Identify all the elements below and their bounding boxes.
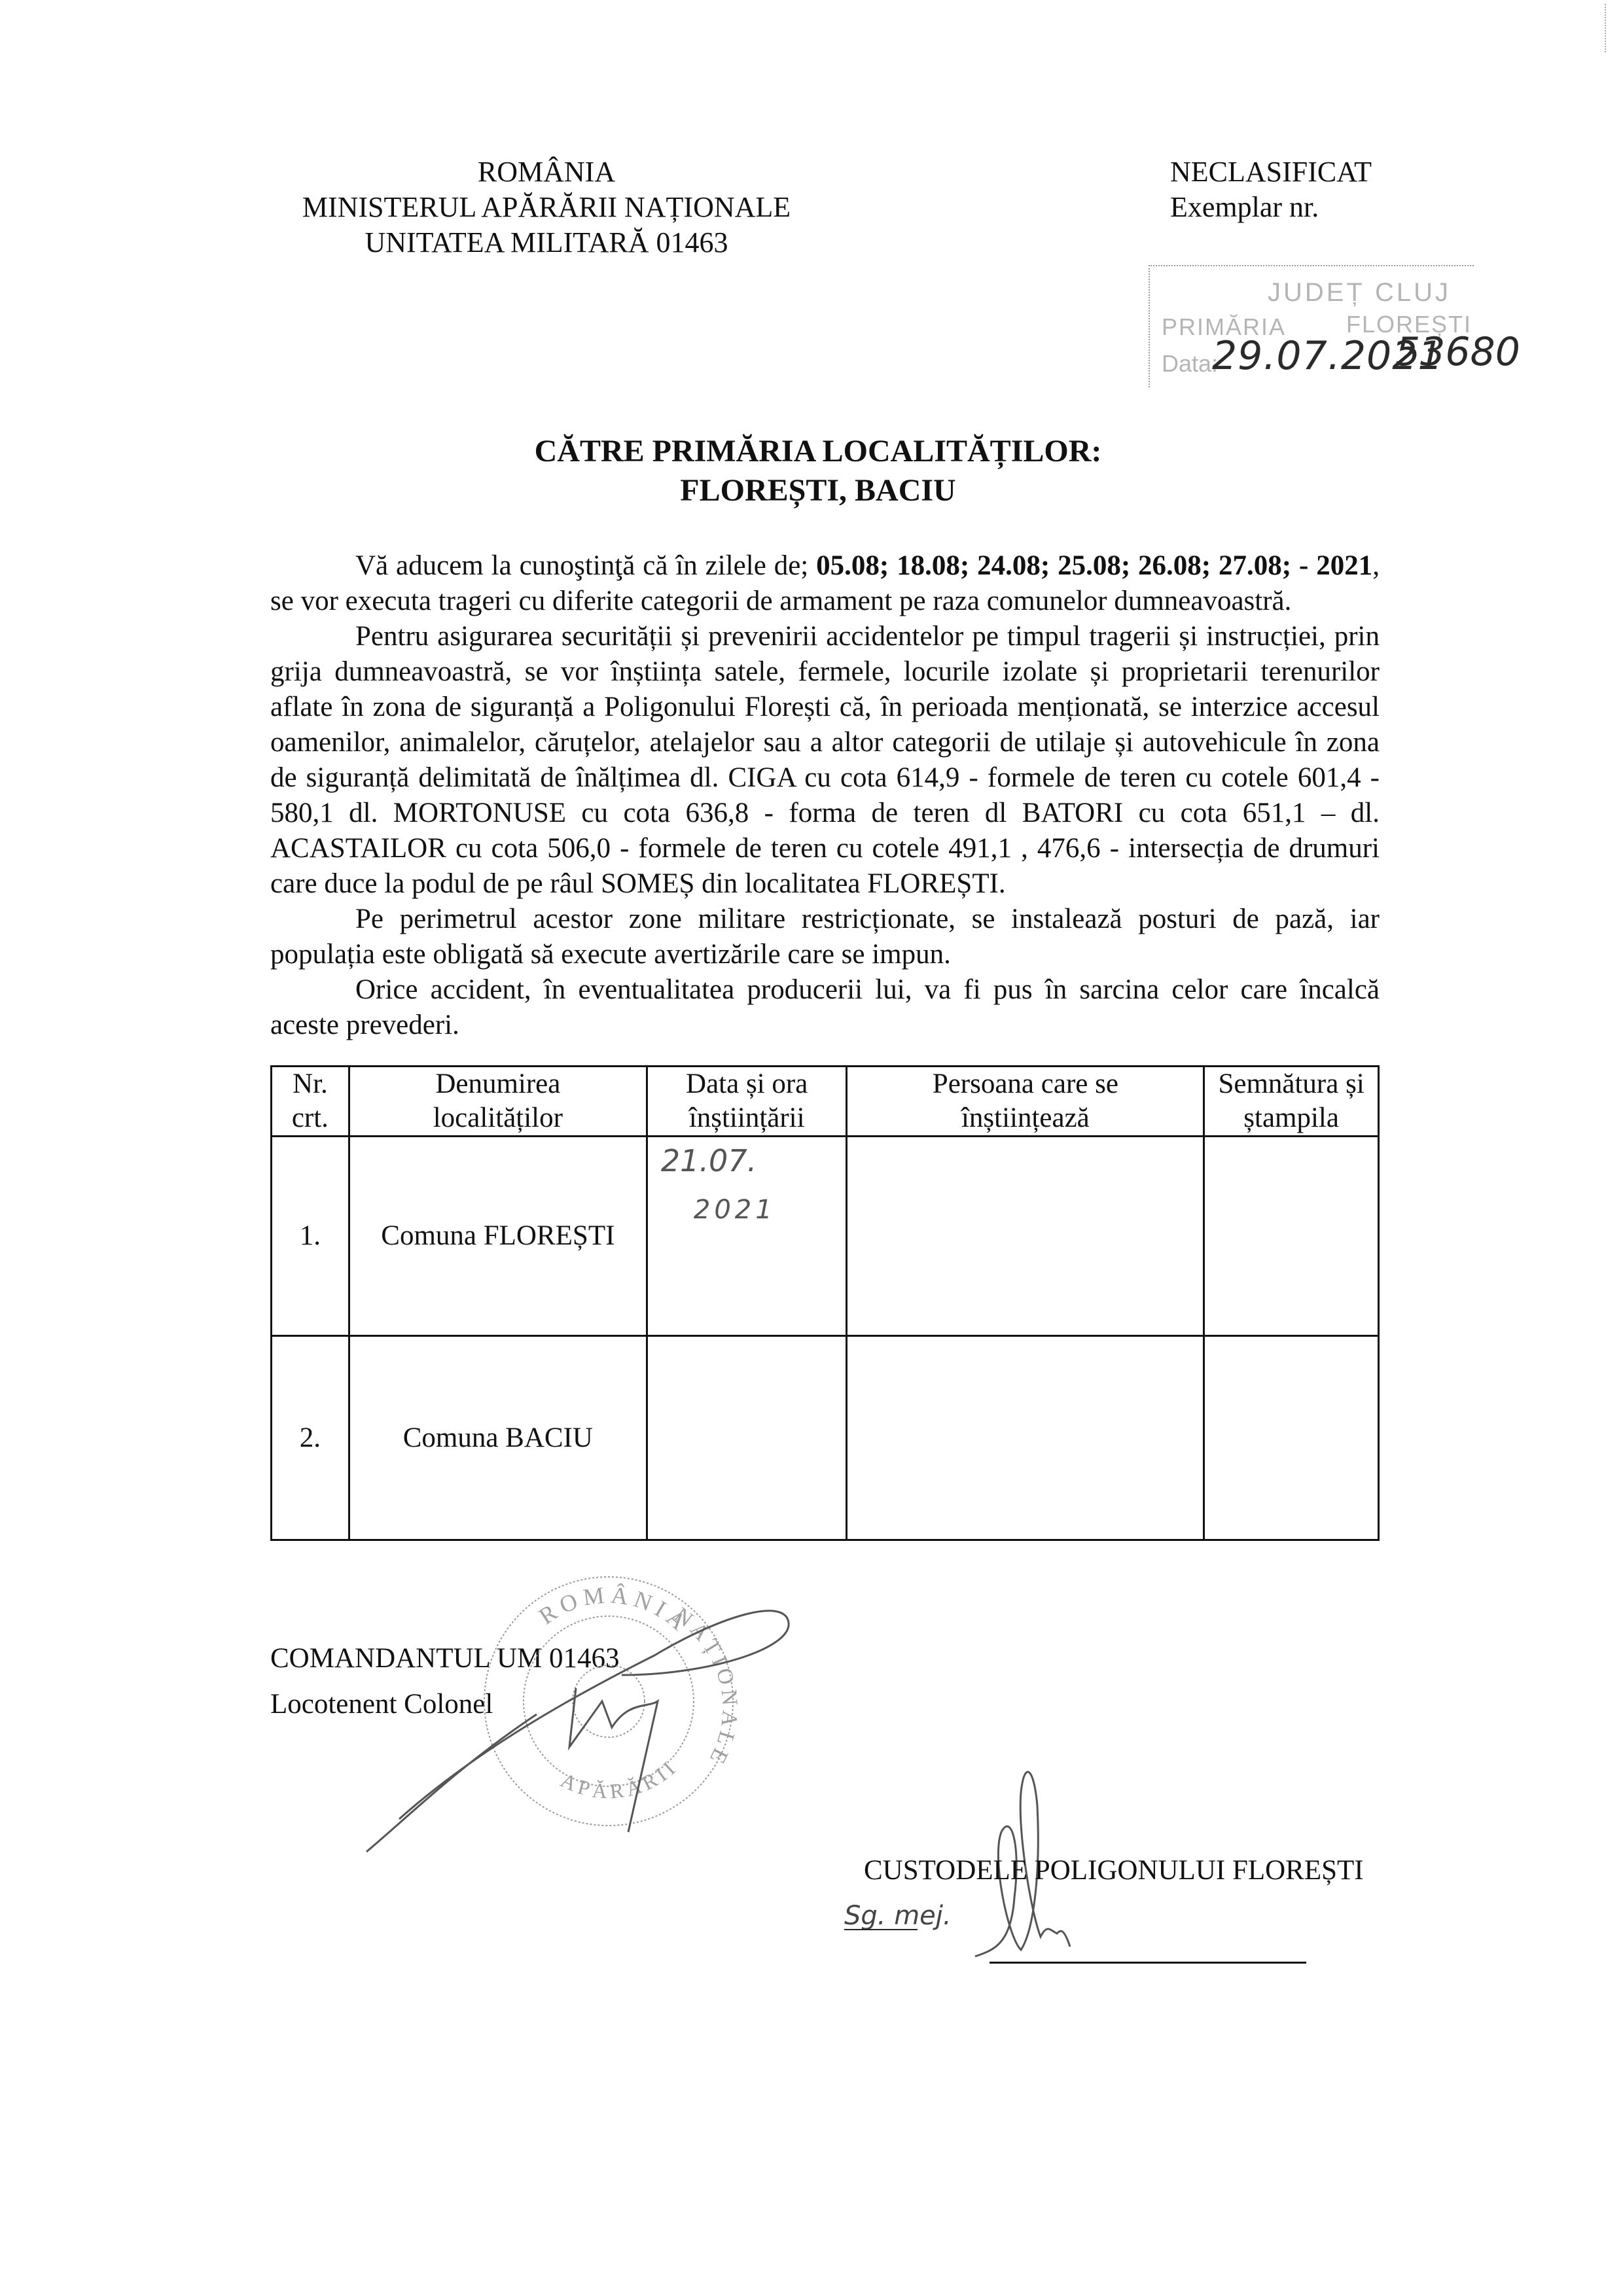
cell-signature — [1204, 1137, 1379, 1336]
commander-rank: Locotenent Colonel — [270, 1682, 620, 1727]
cell-signature — [1204, 1336, 1379, 1540]
handwritten-date: 21.07. — [661, 1144, 757, 1178]
cell-person — [847, 1336, 1204, 1540]
paragraph-safety-zone: Pentru asigurarea securității și preveni… — [270, 619, 1380, 902]
cell-locality: Comuna FLOREȘTI — [349, 1137, 647, 1336]
cell-person — [847, 1137, 1204, 1336]
paragraph-guard-posts: Pe perimetrul acestor zone militare rest… — [270, 902, 1380, 972]
cell-nr: 1. — [272, 1137, 349, 1336]
title-line-1: CĂTRE PRIMĂRIA LOCALITĂȚILOR: — [366, 432, 1270, 471]
document-title: CĂTRE PRIMĂRIA LOCALITĂȚILOR: FLOREȘTI, … — [366, 432, 1270, 510]
svg-text:APĂRĂRII: APĂRĂRII — [557, 1754, 682, 1803]
military-unit: UNITATEA MILITARĂ 01463 — [252, 225, 841, 260]
note-underline — [844, 1929, 918, 1930]
table-header-row: Nr.crt. Denumirealocalităților Data și o… — [272, 1067, 1379, 1137]
custodian-signature-line — [990, 1962, 1306, 1964]
intro-text: Vă aducem la cunoştinţă că în zilele de; — [355, 550, 816, 581]
custodian-title: CUSTODELE POLIGONULUI FLOREȘTI — [864, 1853, 1364, 1888]
custodian-signature-block: CUSTODELE POLIGONULUI FLOREȘTI — [864, 1853, 1364, 1888]
paragraph-firing-dates: Vă aducem la cunoştinţă că în zilele de;… — [270, 548, 1380, 619]
scan-edge-mark — [1605, 4, 1607, 52]
col-header-nr: Nr.crt. — [272, 1067, 349, 1137]
title-line-2: FLOREȘTI, BACIU — [366, 471, 1270, 510]
commander-title: COMANDANTUL UM 01463 — [270, 1636, 620, 1682]
table-row: 2. Comuna BACIU — [272, 1336, 1379, 1540]
col-header-signature: Semnătura șiștampila — [1204, 1067, 1379, 1137]
col-header-person: Persoana care seînștiințează — [847, 1067, 1204, 1137]
ministry-name: MINISTERUL APĂRĂRII NAȚIONALE — [252, 190, 841, 225]
cell-locality: Comuna BACIU — [349, 1336, 647, 1540]
cell-nr: 2. — [272, 1336, 349, 1540]
registration-stamp: JUDEȚ CLUJ PRIMĂRIA FLOREȘTI Data: 29.07… — [1149, 265, 1474, 387]
firing-dates: 05.08; 18.08; 24.08; 25.08; 26.08; 27.08… — [816, 550, 1372, 581]
issuer-header: ROMÂNIA MINISTERUL APĂRĂRII NAȚIONALE UN… — [252, 154, 841, 260]
cell-date — [647, 1336, 847, 1540]
document-body: Vă aducem la cunoştinţă că în zilele de;… — [270, 548, 1380, 1043]
paragraph-liability: Orice accident, în eventualitatea produc… — [270, 972, 1380, 1043]
seal-text-top: ROMÂNIA — [534, 1581, 695, 1638]
classification-label: NECLASIFICAT — [1170, 154, 1372, 190]
classification-block: NECLASIFICAT Exemplar nr. — [1170, 154, 1372, 225]
cell-date: 21.07. 2021 — [647, 1137, 847, 1336]
table-row: 1. Comuna FLOREȘTI 21.07. 2021 — [272, 1137, 1379, 1336]
handwritten-year: 2021 — [694, 1193, 776, 1227]
custodian-handwritten-note: Sg. mej. — [844, 1901, 952, 1931]
svg-text:ROMÂNIA: ROMÂNIA — [534, 1581, 695, 1638]
commander-signature-block: COMANDANTUL UM 01463 Locotenent Colonel — [270, 1636, 620, 1727]
notification-table: Nr.crt. Denumirealocalităților Data și o… — [270, 1065, 1380, 1541]
col-header-locality: Denumirealocalităților — [349, 1067, 647, 1137]
col-header-date: Data și oraînștiințării — [647, 1067, 847, 1137]
svg-text:NAȚIONALE: NAȚIONALE — [670, 1603, 742, 1771]
stamp-county: JUDEȚ CLUJ — [1268, 278, 1451, 308]
stamp-date-label: Data: — [1162, 350, 1218, 378]
country-name: ROMÂNIA — [252, 154, 841, 190]
copy-number-label: Exemplar nr. — [1170, 190, 1372, 225]
handwritten-registration-number: 53680 — [1395, 329, 1520, 375]
